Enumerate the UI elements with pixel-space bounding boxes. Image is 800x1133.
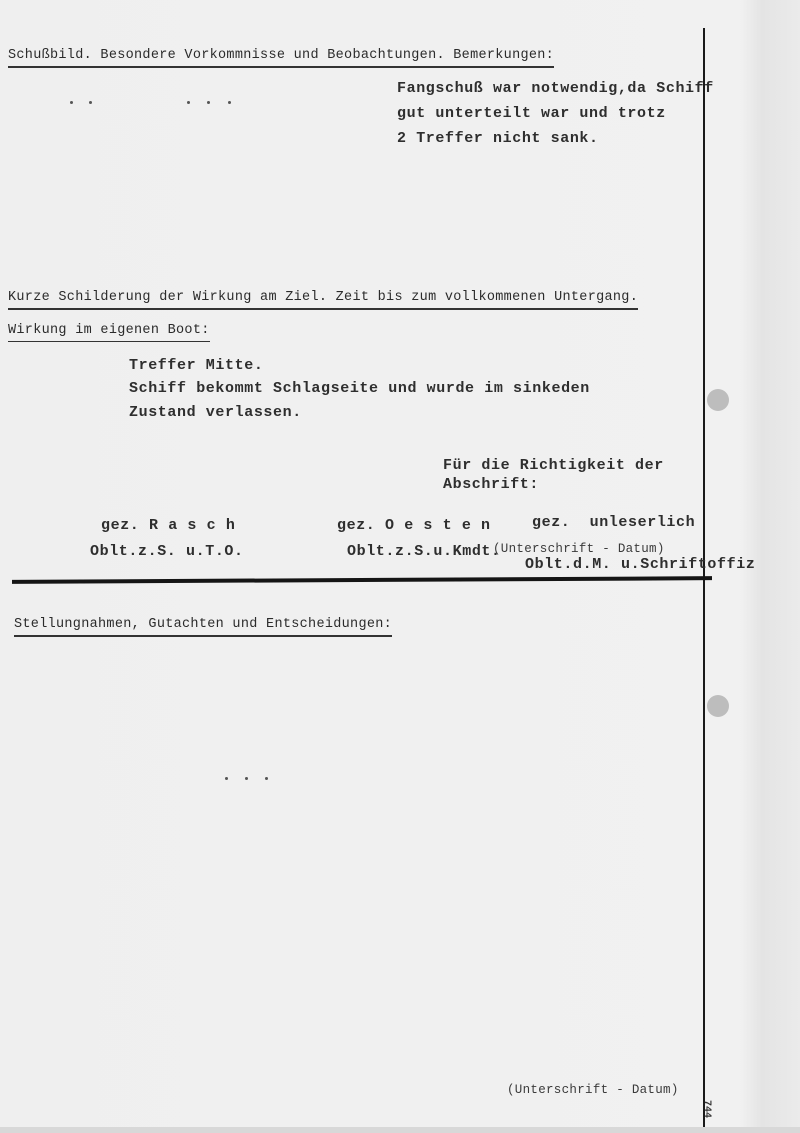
effect-target-header: Kurze Schilderung der Wirkung am Ziel. Z… <box>8 290 638 310</box>
signature-1-name: gez. R a s c h <box>101 517 235 534</box>
speck <box>207 101 210 104</box>
speck <box>70 101 73 104</box>
certification-line-1: Für die Richtigkeit der <box>443 457 664 474</box>
signature-2-rank: Oblt.z.S.u.Kmdt. <box>347 543 501 560</box>
speck <box>265 777 268 780</box>
effect-own-boat-header: Wirkung im eigenen Boot: <box>8 323 210 342</box>
effect-line-1: Treffer Mitte. <box>129 357 263 374</box>
margin-rule <box>703 28 705 1133</box>
effect-line-2: Schiff bekommt Schlagseite und wurde im … <box>129 380 590 397</box>
speck <box>89 101 92 104</box>
section-divider <box>12 576 712 584</box>
speck <box>228 101 231 104</box>
remark-line-1: Fangschuß war notwendig,da Schiff <box>397 80 714 97</box>
side-page-number: 744 <box>701 1100 712 1118</box>
signature-1-rank: Oblt.z.S. u.T.O. <box>90 543 244 560</box>
punch-hole-bottom <box>707 695 729 717</box>
shot-pattern-header: Schußbild. Besondere Vorkommnisse und Be… <box>8 48 554 68</box>
page-bottom-edge <box>0 1127 800 1133</box>
remark-line-3: 2 Treffer nicht sank. <box>397 130 599 147</box>
certification-line-2: Abschrift: <box>443 476 539 493</box>
signature-3-rank: Oblt.d.M. u.Schriftoffiz <box>525 556 755 573</box>
signature-caption-top: (Unterschrift - Datum) <box>493 542 665 556</box>
document-page: Schußbild. Besondere Vorkommnisse und Be… <box>0 0 800 1133</box>
punch-hole-top <box>707 389 729 411</box>
signature-caption-bottom: (Unterschrift - Datum) <box>507 1083 679 1097</box>
signature-2-name: gez. O e s t e n <box>337 517 491 534</box>
signature-3-name: gez. unleserlich <box>532 514 695 531</box>
speck <box>225 777 228 780</box>
speck <box>187 101 190 104</box>
statements-header: Stellungnahmen, Gutachten und Entscheidu… <box>14 617 392 637</box>
speck <box>245 777 248 780</box>
effect-line-3: Zustand verlassen. <box>129 404 302 421</box>
remark-line-2: gut unterteilt war und trotz <box>397 105 666 122</box>
